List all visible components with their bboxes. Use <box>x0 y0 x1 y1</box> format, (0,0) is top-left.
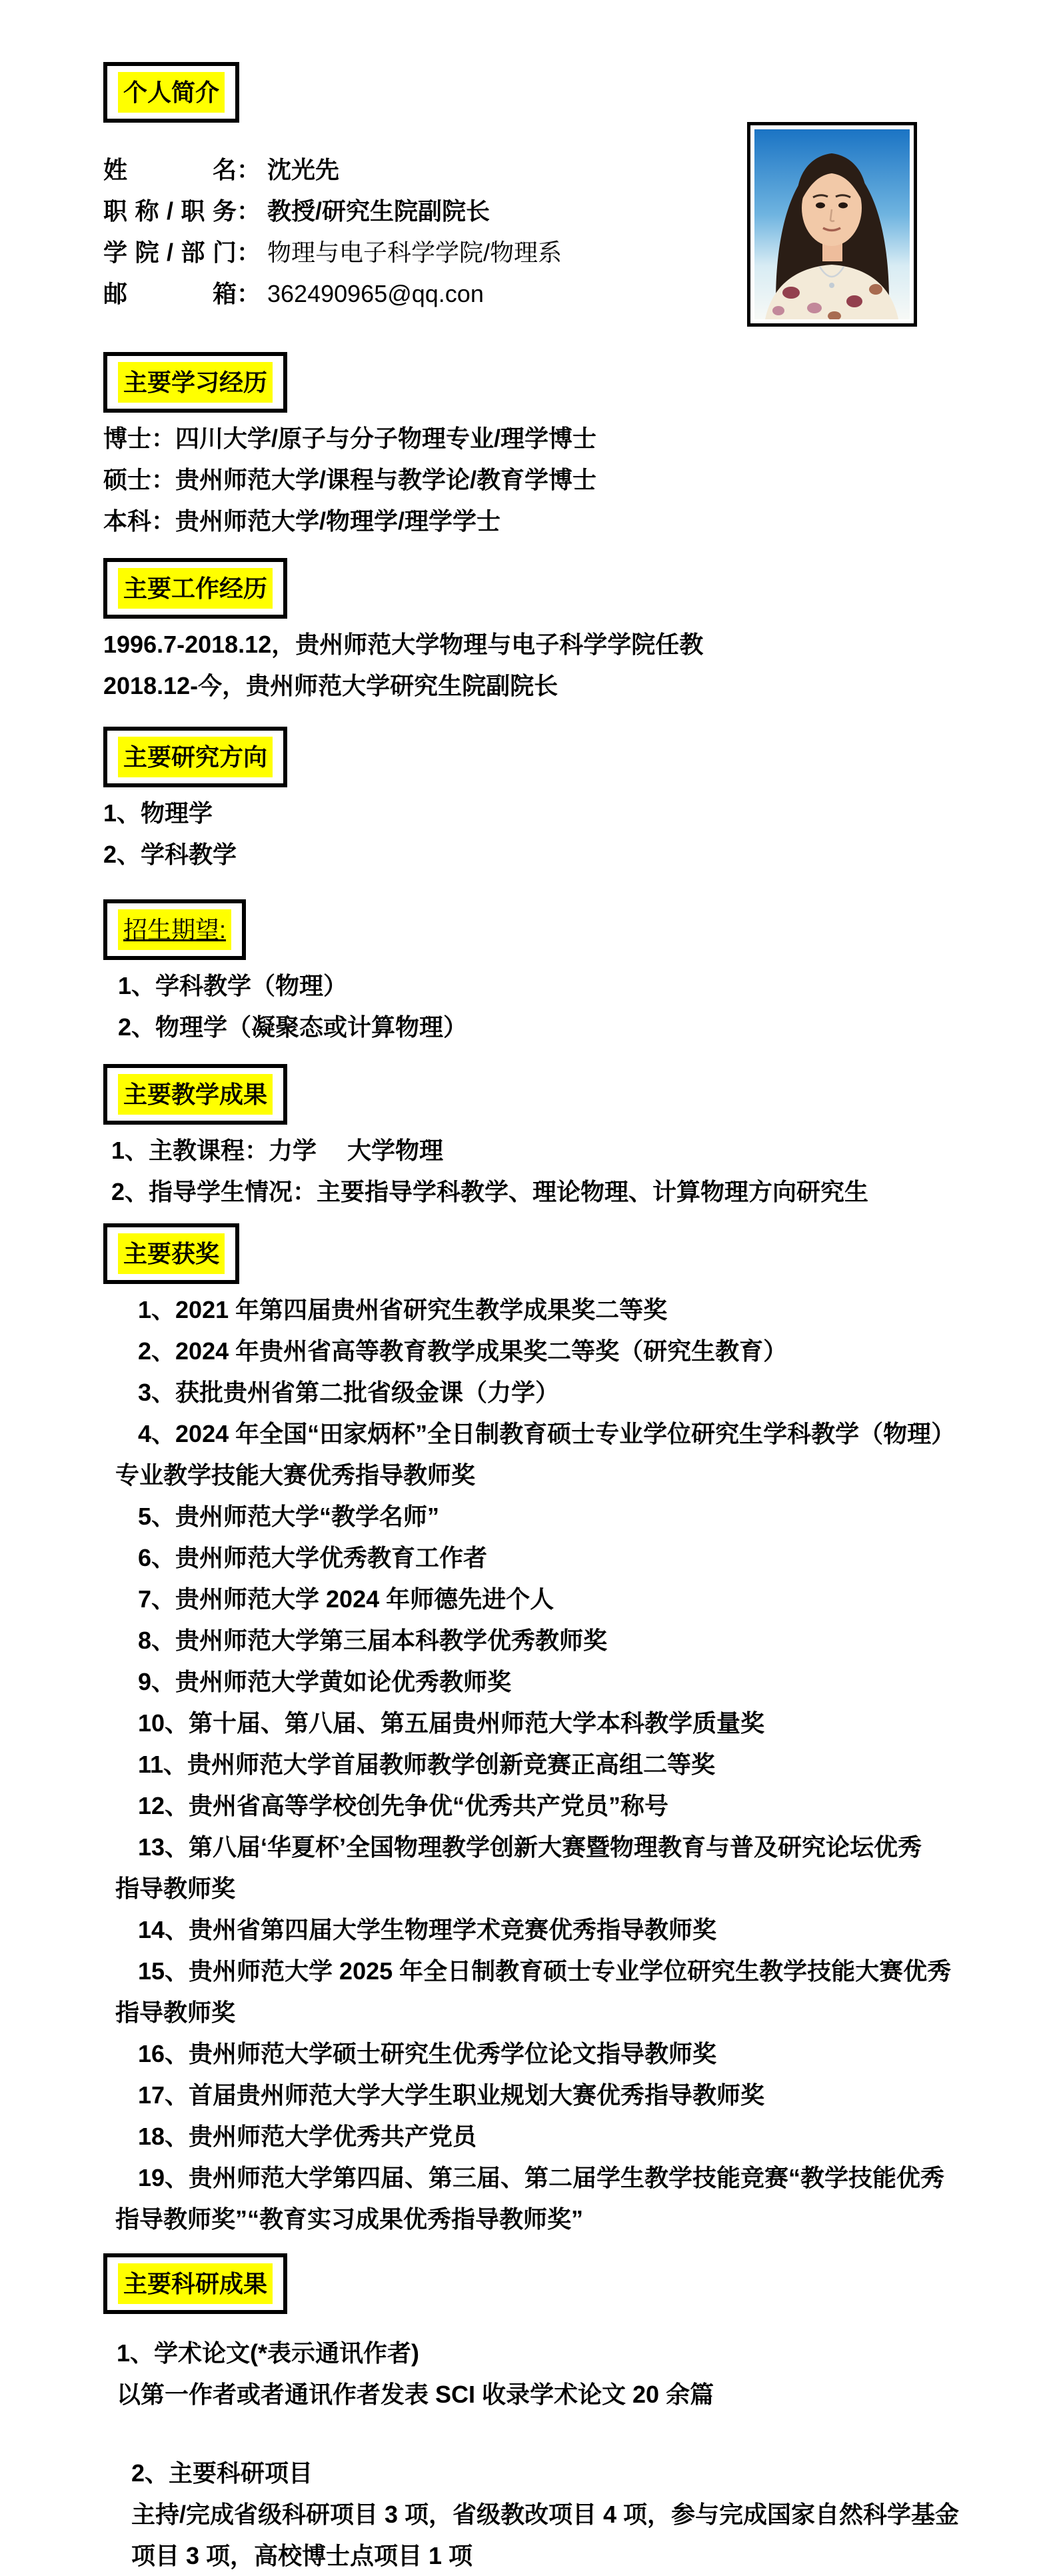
field-colon: ： <box>237 273 261 315</box>
list-item-line: 5、贵州师范大学“教学名师” <box>103 1496 1037 1537</box>
heading-education: 主要学习经历 <box>118 362 273 403</box>
list-item-line: 6、贵州师范大学优秀教育工作者 <box>103 1537 1037 1579</box>
section-research-directions: 主要研究方向 1、物理学2、学科教学 <box>103 727 1037 875</box>
list-item-line: 2、学科教学 <box>103 834 1037 875</box>
heading-teaching: 主要教学成果 <box>118 1074 273 1115</box>
heading-research: 主要研究方向 <box>118 737 273 777</box>
list-item-line: 1、学科教学（物理） <box>103 965 1037 1007</box>
field-value-name: 沈光先 <box>267 156 339 183</box>
list-item-line: 8、贵州师范大学第三届本科教学优秀教师奖 <box>103 1620 1037 1661</box>
list-item-line: 2、物理学（凝聚态或计算物理） <box>103 1007 1037 1048</box>
heading-box-profile: 个人简介 <box>103 62 239 123</box>
field-value-department: 物理与电子科学学院/物理系 <box>267 239 562 266</box>
list-item-line: 2、指导学生情况：主要指导学科教学、理论物理、计算物理方向研究生 <box>103 1171 1037 1213</box>
list-item-line: 7、贵州师范大学 2024 年师德先进个人 <box>103 1579 1037 1620</box>
heading-box-teaching: 主要教学成果 <box>103 1064 287 1125</box>
research-directions-list: 1、物理学2、学科教学 <box>103 793 1037 875</box>
field-value-title: 教授/研究生院副院长 <box>267 197 490 225</box>
heading-box-research: 主要研究方向 <box>103 727 287 787</box>
list-item-line: 硕士：贵州师范大学/课程与教学论/教育学博士 <box>103 459 1037 501</box>
list-item-line: 1、主教课程：力学 大学物理 <box>103 1130 1037 1171</box>
list-item-line: 19、贵州师范大学第四届、第三届、第二届学生教学技能竞赛“教学技能优秀 <box>103 2157 1037 2199</box>
list-item-line: 16、贵州师范大学硕士研究生优秀学位论文指导教师奖 <box>103 2033 1037 2075</box>
portrait-image <box>754 129 910 319</box>
field-label-email: 邮箱 <box>103 273 237 315</box>
list-item-line: 1、2021 年第四届贵州省研究生教学成果奖二等奖 <box>103 1289 1037 1331</box>
list-item-line: 14、贵州省第四届大学生物理学术竞赛优秀指导教师奖 <box>103 1909 1037 1951</box>
heading-awards: 主要获奖 <box>118 1233 225 1274</box>
field-label-title: 职称/职务 <box>103 191 237 232</box>
list-item-line: 指导教师奖 <box>103 1868 1037 1909</box>
heading-profile: 个人简介 <box>118 72 225 113</box>
list-item-line: 1、物理学 <box>103 793 1037 834</box>
field-colon: ： <box>237 191 261 232</box>
heading-box-education: 主要学习经历 <box>103 352 287 413</box>
list-item-line: 本科：贵州师范大学/物理学/理学学士 <box>103 501 1037 542</box>
list-item-line: 指导教师奖”“教育实习成果优秀指导教师奖” <box>103 2199 1037 2240</box>
heading-work: 主要工作经历 <box>118 568 273 609</box>
heading-box-science: 主要科研成果 <box>103 2253 287 2314</box>
science-projects-desc: 主持/完成省级科研项目 3 项，省级教改项目 4 项，参与完成国家自然科学基金项… <box>103 2494 1037 2576</box>
section-science: 主要科研成果 1、学术论文(*表示通讯作者) 以第一作者或者通讯作者发表 SCI… <box>103 2253 1037 2576</box>
list-item-line: 2018.12-今，贵州师范大学研究生院副院长 <box>103 665 1037 707</box>
list-item-line: 11、贵州师范大学首届教师教学创新竞赛正高组二等奖 <box>103 1744 1037 1785</box>
field-label-name: 姓名 <box>103 149 237 191</box>
field-colon: ： <box>237 232 261 273</box>
list-item-line: 1996.7-2018.12，贵州师范大学物理与电子科学学院任教 <box>103 624 1037 665</box>
heading-box-recruitment: 招生期望: <box>103 899 246 960</box>
heading-box-awards: 主要获奖 <box>103 1223 239 1284</box>
list-item-line: 专业教学技能大赛优秀指导教师奖 <box>103 1455 1037 1496</box>
list-item-line: 3、获批贵州省第二批省级金课（力学） <box>103 1372 1037 1413</box>
list-item-line: 指导教师奖 <box>103 1992 1037 2033</box>
science-papers-title: 1、学术论文(*表示通讯作者) <box>103 2333 1037 2374</box>
list-item-line: 9、贵州师范大学黄如论优秀教师奖 <box>103 1661 1037 1703</box>
list-item-line: 17、首届贵州师范大学大学生职业规划大赛优秀指导教师奖 <box>103 2075 1037 2116</box>
field-colon: ： <box>237 149 261 191</box>
list-item-line: 12、贵州省高等学校创先争优“优秀共产党员”称号 <box>103 1785 1037 1827</box>
field-label-department: 学院/部门 <box>103 232 237 273</box>
list-item-line: 13、第八届‘华夏杯’全国物理教学创新大赛暨物理教育与普及研究论坛优秀 <box>103 1827 1037 1868</box>
education-list: 博士：四川大学/原子与分子物理专业/理学博士硕士：贵州师范大学/课程与教学论/教… <box>103 418 1037 542</box>
list-item-line: 博士：四川大学/原子与分子物理专业/理学博士 <box>103 418 1037 459</box>
section-work: 主要工作经历 1996.7-2018.12，贵州师范大学物理与电子科学学院任教2… <box>103 558 1037 707</box>
section-awards: 主要获奖 1、2021 年第四届贵州省研究生教学成果奖二等奖2、2024 年贵州… <box>103 1223 1037 2240</box>
work-list: 1996.7-2018.12，贵州师范大学物理与电子科学学院任教2018.12-… <box>103 624 1037 707</box>
list-item-line: 项目 3 项，高校博士点项目 1 项 <box>103 2535 1037 2576</box>
science-projects-title: 2、主要科研项目 <box>103 2453 1037 2494</box>
field-value-email: 362490965@qq.con <box>267 280 484 307</box>
teaching-list: 1、主教课程：力学 大学物理2、指导学生情况：主要指导学科教学、理论物理、计算物… <box>103 1130 1037 1213</box>
section-teaching: 主要教学成果 1、主教课程：力学 大学物理2、指导学生情况：主要指导学科教学、理… <box>103 1064 1037 1213</box>
awards-list: 1、2021 年第四届贵州省研究生教学成果奖二等奖2、2024 年贵州省高等教育… <box>103 1289 1037 2240</box>
section-recruitment: 招生期望: 1、学科教学（物理）2、物理学（凝聚态或计算物理） <box>103 899 1037 1048</box>
heading-recruitment: 招生期望: <box>118 909 231 950</box>
list-item-line: 18、贵州师范大学优秀共产党员 <box>103 2116 1037 2157</box>
recruitment-list: 1、学科教学（物理）2、物理学（凝聚态或计算物理） <box>103 965 1037 1048</box>
heading-box-work: 主要工作经历 <box>103 558 287 619</box>
profile-photo <box>747 122 917 327</box>
document-page: 个人简介 姓名：沈光先 职称/职务：教授/研究生院副院长 学院/部门：物理与电子… <box>0 0 1057 2576</box>
section-education: 主要学习经历 博士：四川大学/原子与分子物理专业/理学博士硕士：贵州师范大学/课… <box>103 352 1037 542</box>
list-item-line: 4、2024 年全国“田家炳杯”全日制教育硕士专业学位研究生学科教学（物理） <box>103 1413 1037 1455</box>
science-papers-desc: 以第一作者或者通讯作者发表 SCI 收录学术论文 20 余篇 <box>103 2374 1037 2415</box>
list-item-line: 主持/完成省级科研项目 3 项，省级教改项目 4 项，参与完成国家自然科学基金 <box>103 2494 1037 2535</box>
list-item-line: 10、第十届、第八届、第五届贵州师范大学本科教学质量奖 <box>103 1703 1037 1744</box>
list-item-line: 15、贵州师范大学 2025 年全日制教育硕士专业学位研究生教学技能大赛优秀 <box>103 1951 1037 1992</box>
list-item-line: 2、2024 年贵州省高等教育教学成果奖二等奖（研究生教育） <box>103 1331 1037 1372</box>
heading-science: 主要科研成果 <box>118 2263 273 2304</box>
